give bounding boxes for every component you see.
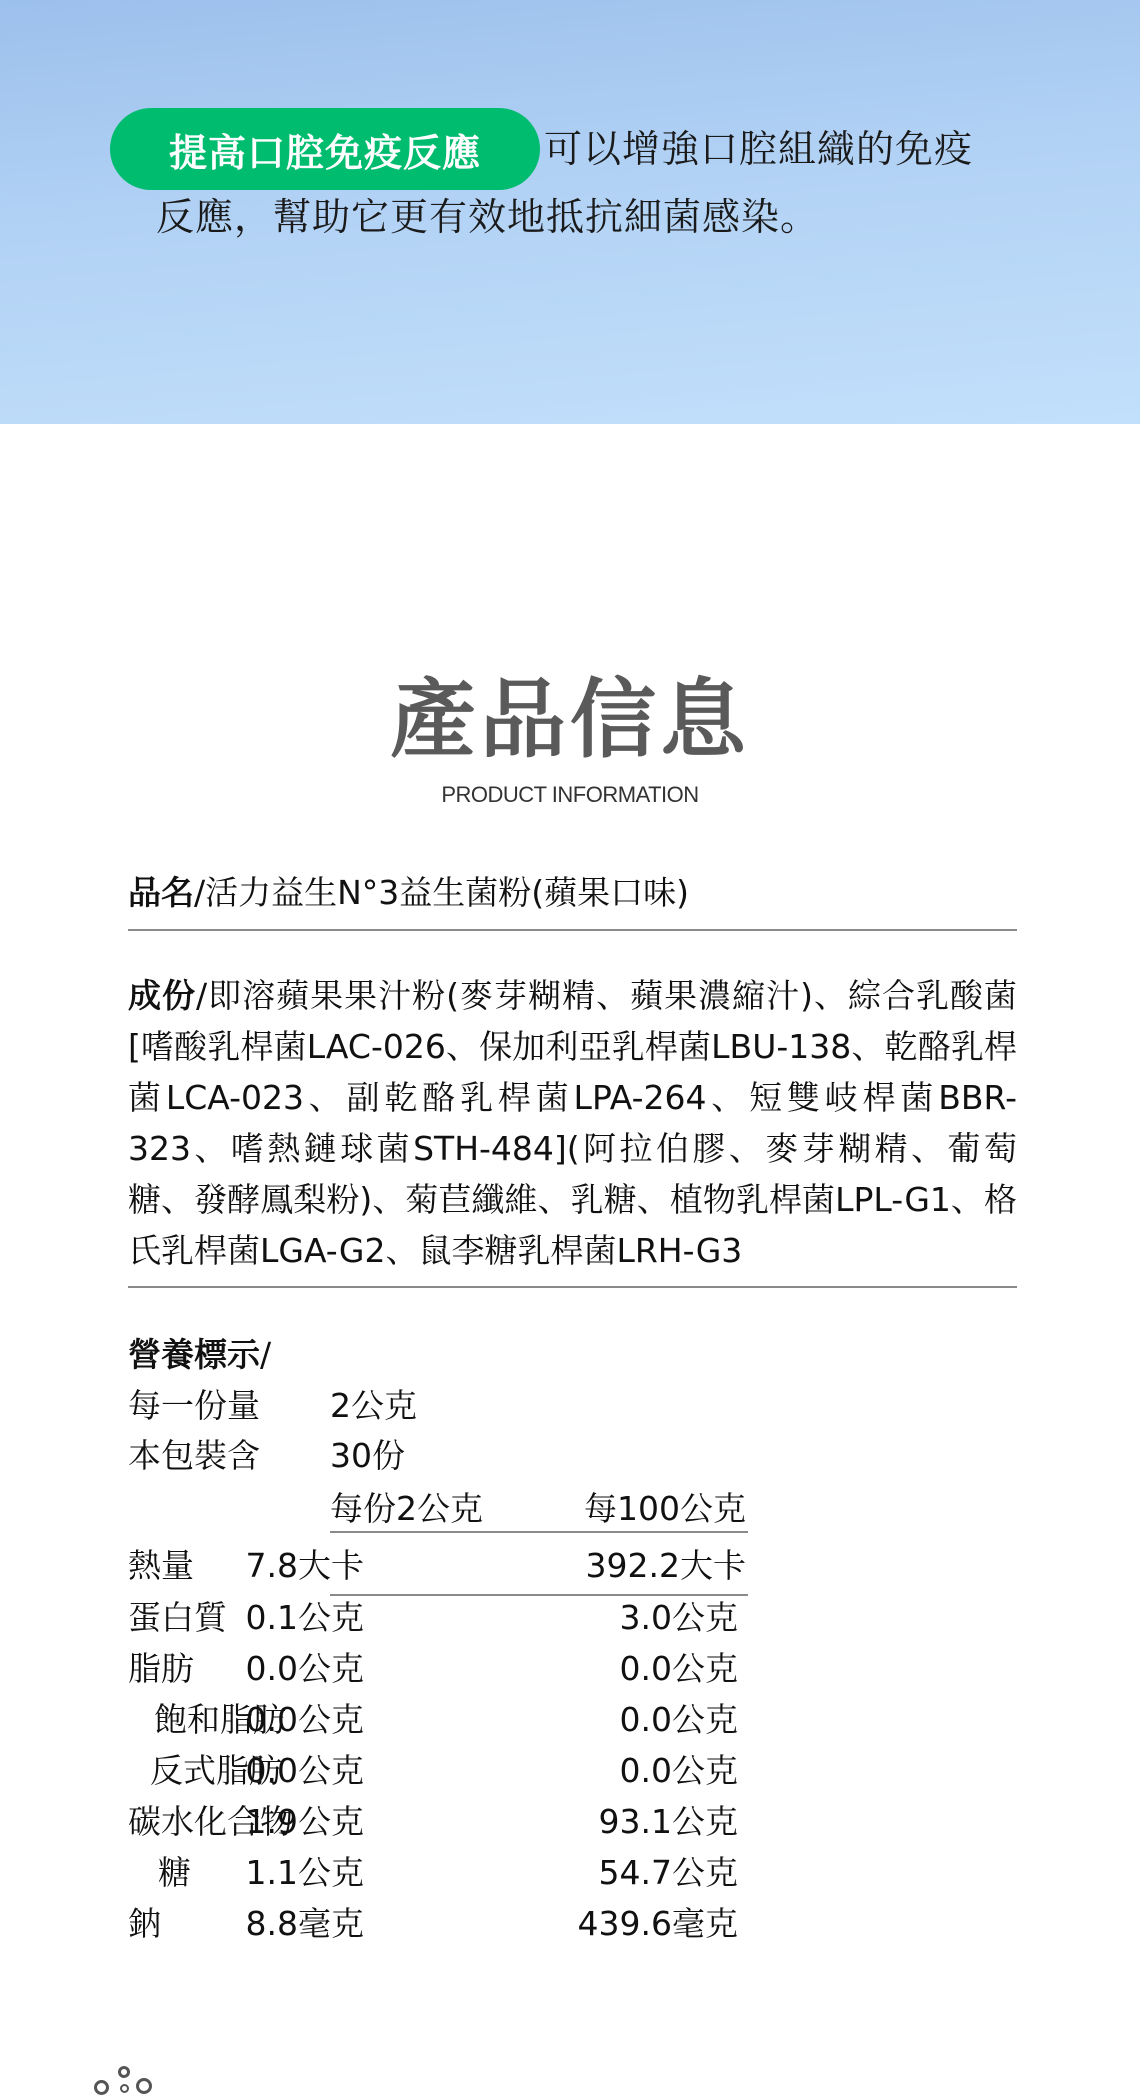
section-subtitle: PRODUCT INFORMATION <box>0 782 1140 808</box>
nutrition-title-slash: / <box>260 1335 271 1374</box>
servings-label: 本包裝含 <box>128 1431 330 1481</box>
highlight-text: 提高口腔免疫反應 <box>169 122 481 177</box>
per-100g-value: 0.0公克 <box>620 1643 738 1694</box>
per-100g-value: 0.0公克 <box>620 1745 738 1796</box>
serving-size-value: 2公克 <box>330 1386 417 1425</box>
bubble-icon <box>94 2080 109 2095</box>
per-serving-value: 1.9公克 <box>246 1796 364 1847</box>
per-100g-value: 54.7公克 <box>599 1847 738 1898</box>
column-header-per-100g: 每100公克 <box>584 1486 746 1532</box>
bubble-icon <box>136 2078 152 2094</box>
nutrient-name: 鈉 <box>128 1898 161 1949</box>
banner-text-line-2: 反應，幫助它更有效地抵抗細菌感染。 <box>156 185 819 249</box>
nutrient-name: 蛋白質 <box>128 1592 227 1643</box>
product-name-label: 品名 <box>128 873 194 912</box>
serving-size-label: 每一份量 <box>128 1381 330 1431</box>
product-name-row: 品名/活力益生N°3益生菌粉(蘋果口味) <box>128 868 1017 918</box>
per-serving-value: 0.1公克 <box>246 1592 364 1643</box>
nutrition-table: 每份2公克 每100公克 熱量 7.8大卡 392.2大卡 蛋白質 0.1公克 … <box>128 1486 748 1949</box>
per-serving-value: 0.0公克 <box>246 1694 364 1745</box>
per-100g-value: 93.1公克 <box>599 1796 738 1847</box>
divider <box>128 929 1017 931</box>
hero-banner: 提高口腔免疫反應 可以增強口腔組織的免疫 反應，幫助它更有效地抵抗細菌感染。 <box>0 0 1140 424</box>
per-serving-value: 0.0公克 <box>246 1745 364 1796</box>
serving-size-row: 每一份量2公克 <box>128 1381 417 1431</box>
nutrition-title-label: 營養標示 <box>128 1335 260 1374</box>
per-100g-value: 0.0公克 <box>620 1694 738 1745</box>
table-row: 脂肪 0.0公克 0.0公克 <box>128 1643 748 1694</box>
per-serving-value: 1.1公克 <box>246 1847 364 1898</box>
ingredients-row: 成份/即溶蘋果果汁粉(麥芽糊精、蘋果濃縮汁)、綜合乳酸菌[嗜酸乳桿菌LAC-02… <box>128 970 1017 1276</box>
per-serving-value: 0.0公克 <box>246 1643 364 1694</box>
per-serving-value: 7.8大卡 <box>246 1540 364 1591</box>
bubble-icon <box>118 2066 130 2078</box>
table-row: 反式脂肪 0.0公克 0.0公克 <box>128 1745 748 1796</box>
table-row: 飽和脂肪 0.0公克 0.0公克 <box>128 1694 748 1745</box>
ingredients-label: 成份 <box>128 976 196 1015</box>
table-row: 碳水化合物 1.9公克 93.1公克 <box>128 1796 748 1847</box>
highlight-pill: 提高口腔免疫反應 <box>110 108 540 190</box>
banner-text-line-1: 可以增強口腔組織的免疫 <box>544 117 973 181</box>
bubble-icon <box>120 2084 129 2093</box>
column-header-per-serving: 每份2公克 <box>330 1486 483 1532</box>
per-100g-value: 439.6毫克 <box>578 1898 738 1949</box>
per-100g-value: 3.0公克 <box>620 1592 738 1643</box>
product-name-value: /活力益生N°3益生菌粉(蘋果口味) <box>194 873 689 912</box>
table-row: 鈉 8.8毫克 439.6毫克 <box>128 1898 748 1949</box>
per-100g-value: 392.2大卡 <box>586 1540 746 1591</box>
servings-row: 本包裝含30份 <box>128 1431 405 1481</box>
bubbles-icon <box>94 2066 164 2098</box>
ingredients-value: /即溶蘋果果汁粉(麥芽糊精、蘋果濃縮汁)、綜合乳酸菌[嗜酸乳桿菌LAC-026、… <box>128 976 1017 1270</box>
nutrient-name: 糖 <box>158 1847 191 1898</box>
nutrition-table-header: 每份2公克 每100公克 <box>128 1486 748 1532</box>
table-row: 糖 1.1公克 54.7公克 <box>128 1847 748 1898</box>
table-row: 蛋白質 0.1公克 3.0公克 <box>128 1592 748 1643</box>
per-serving-value: 8.8毫克 <box>246 1898 364 1949</box>
nutrition-title: 營養標示/ <box>128 1330 271 1380</box>
nutrient-name: 熱量 <box>128 1540 194 1591</box>
table-row: 熱量 7.8大卡 392.2大卡 <box>128 1540 748 1591</box>
nutrient-name: 脂肪 <box>128 1643 194 1694</box>
table-rule <box>330 1531 748 1533</box>
section-title: 產品信息 <box>0 668 1140 772</box>
divider <box>128 1286 1017 1288</box>
servings-value: 30份 <box>330 1436 405 1475</box>
